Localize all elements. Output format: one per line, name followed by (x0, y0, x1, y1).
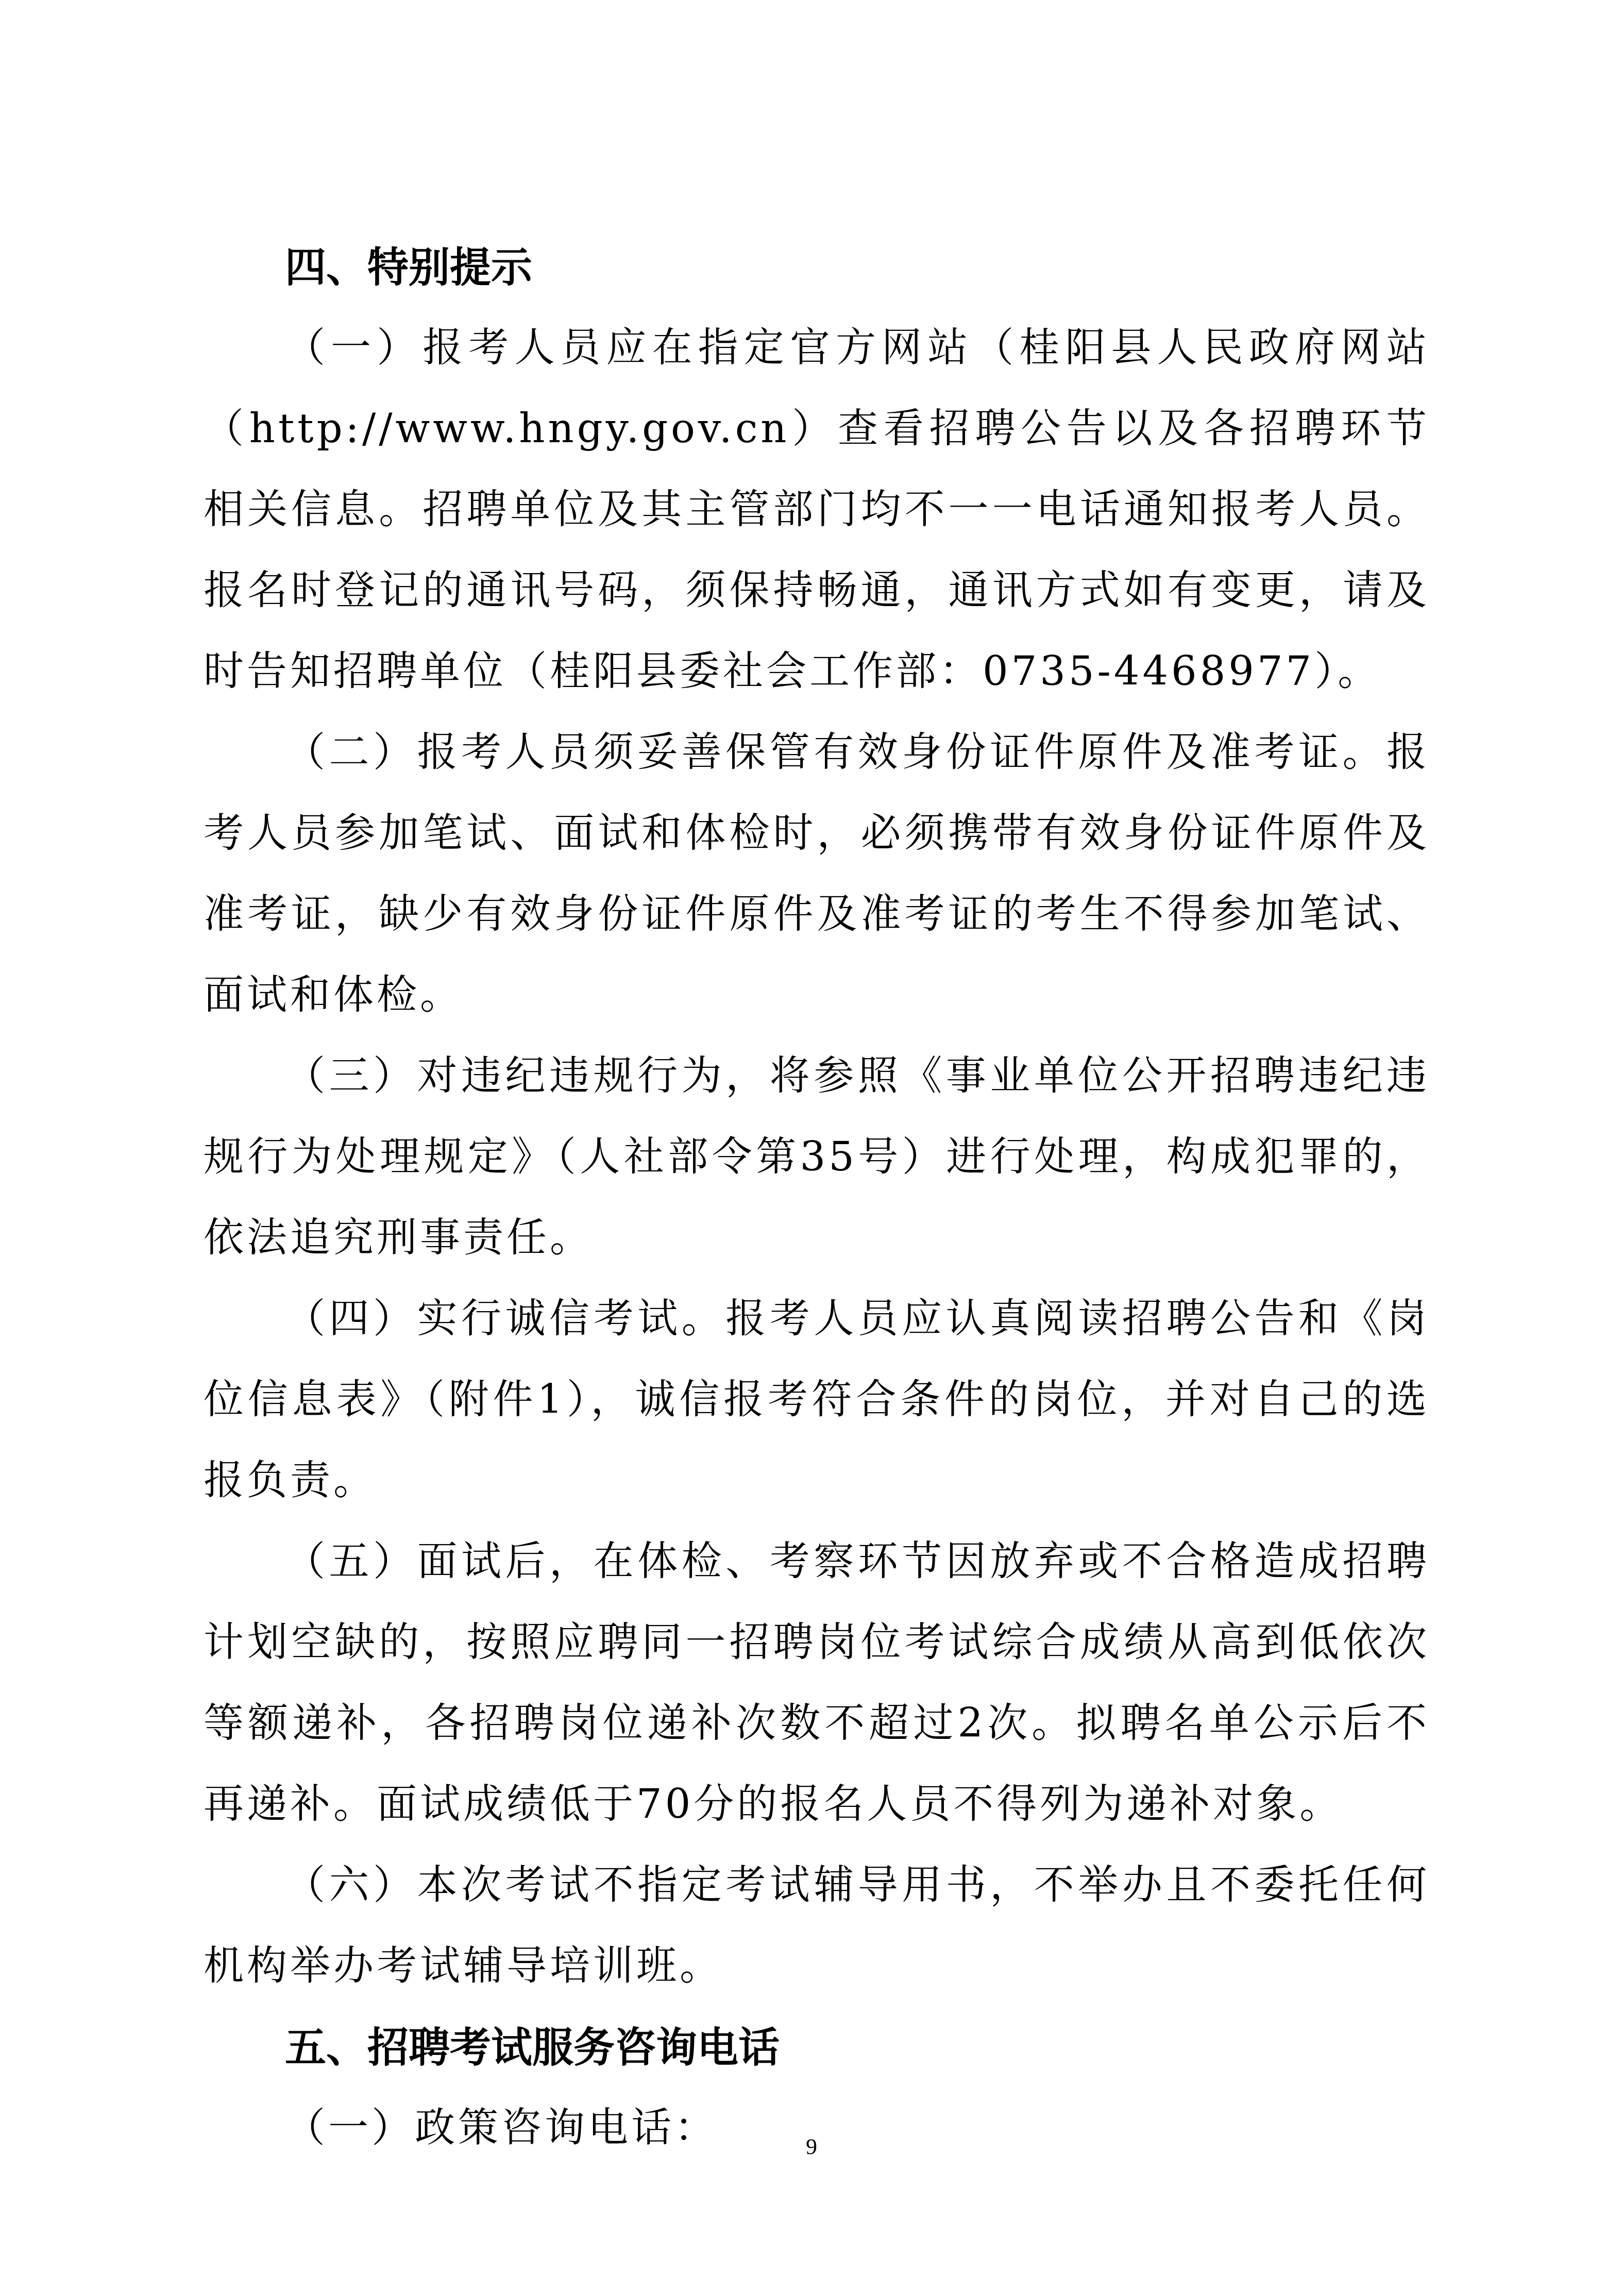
paragraph-no-tutoring: （六）本次考试不指定考试辅导用书，不举办且不委托任何机构举办考试辅导培训班。 (204, 1845, 1430, 2007)
paragraph-integrity-exam: （四）实行诚信考试。报考人员应认真阅读招聘公告和《岗位信息表》（附件1），诚信报… (204, 1279, 1430, 1521)
document-body: 四、特别提示 （一）报考人员应在指定官方网站（桂阳县人民政府网站（http://… (204, 227, 1430, 2169)
paragraph-id-documents: （二）报考人员须妥善保管有效身份证件原件及准考证。报考人员参加笔试、面试和体检时… (204, 712, 1430, 1036)
page-number: 9 (0, 2134, 1623, 2160)
section-heading-consultation-phone: 五、招聘考试服务咨询电话 (204, 2007, 1430, 2088)
paragraph-vacancy-replacement: （五）面试后，在体检、考察环节因放弃或不合格造成招聘计划空缺的，按照应聘同一招聘… (204, 1521, 1430, 1845)
document-page: 四、特别提示 （一）报考人员应在指定官方网站（桂阳县人民政府网站（http://… (0, 0, 1623, 2296)
section-heading-special-notes: 四、特别提示 (204, 227, 1430, 308)
paragraph-official-website: （一）报考人员应在指定官方网站（桂阳县人民政府网站（http://www.hng… (204, 308, 1430, 712)
paragraph-violations: （三）对违纪违规行为，将参照《事业单位公开招聘违纪违规行为处理规定》（人社部令第… (204, 1036, 1430, 1279)
